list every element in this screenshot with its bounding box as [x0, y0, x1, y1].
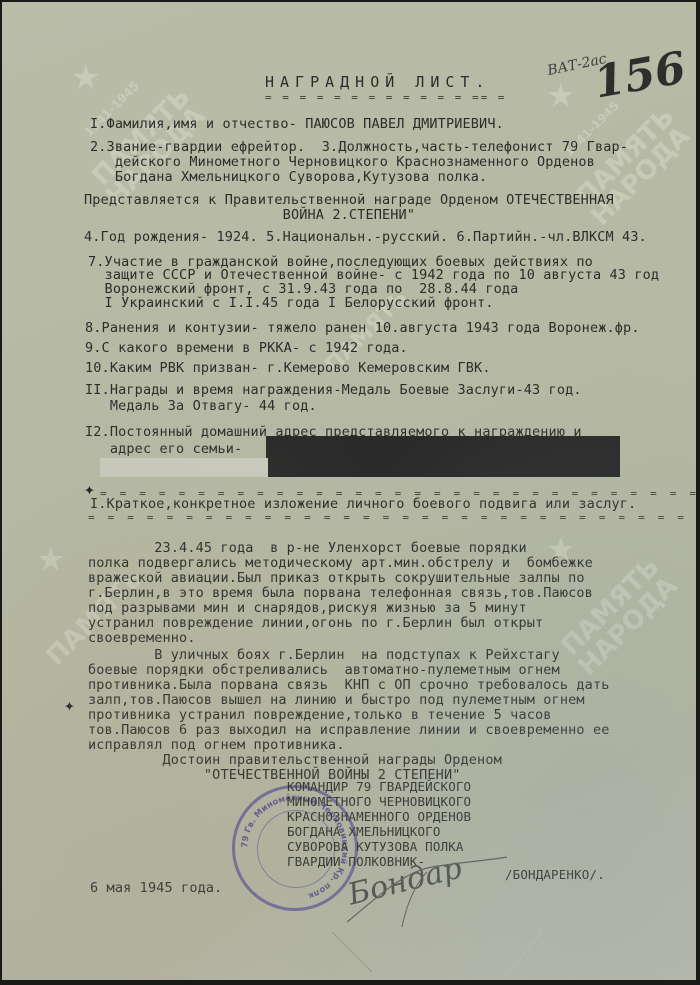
document-title: НАГРАДНОЙ ЛИСТ.: [265, 74, 490, 90]
field-full-name: I.Фамилия,имя и отчество- ПАЮСОВ ПАВЕЛ Д…: [90, 116, 504, 132]
binder-hole-mark-icon: ✦: [64, 695, 75, 716]
field-service-since: 9.С какого времени в РККА- с 1942 года.: [85, 340, 408, 356]
title-underline: = = = = = = = = = = = = == =: [265, 90, 506, 106]
document-date: 6 мая 1945 года.: [90, 880, 222, 896]
field-birth-nationality-party: 4.Год рождения- 1924. 5.Национальн.-русс…: [84, 229, 647, 245]
field-war-participation-cont: I Украинский с I.I.45 года I Белорусский…: [88, 295, 494, 311]
narrative-line: под разрывами мин и снарядов,рискуя жизн…: [88, 600, 527, 616]
field-draft-office: 10.Каким РВК призван- г.Кемерово Кемеров…: [85, 360, 491, 376]
signature-line: КРАСНОЗНАМЕННОГО ОРДЕНОВ: [287, 809, 471, 825]
field-wounds: 8.Ранения и контузии- тяжело ранен 10.ав…: [85, 320, 640, 336]
signature-flourish: [342, 842, 512, 932]
award-sheet-page: ★ 1941-1945 ПАМЯТЬ НАРОДА ★ 1941-1945 ПА…: [2, 2, 696, 980]
paper-fold-crease: [302, 932, 696, 980]
narrative-line: вражеской авиации.Был приказ открыть сок…: [88, 570, 585, 586]
field-position-cont: Богдана Хмельницкого Суворова,Кутузова п…: [90, 169, 487, 185]
signature-line: БОГДАНА ХМЕЛЬНИЦКОГО: [287, 824, 441, 840]
field-position-cont: дейского Минометного Черновицкого Красно…: [90, 154, 595, 170]
narrative-line: исправлял под огнем противника.: [88, 737, 345, 753]
signature-line: КОМАНДИР 79 ГВАРДЕЙСКОГО: [287, 779, 471, 795]
star-icon: ★: [72, 50, 100, 96]
separator-line: = = = = = = = = = = = = = = = = = = = = …: [88, 510, 696, 526]
field-previous-awards: II.Награды и время награждения-Медаль Бо…: [85, 382, 582, 398]
award-nomination: Представляется к Правительственной награ…: [84, 192, 614, 208]
redacted-address-light: [100, 458, 268, 477]
field-previous-awards-cont: Медаль За Отвагу- 44 год.: [85, 398, 317, 414]
signature-line: МИНОМЕТНОГО ЧЕРНОВИЦКОГО: [287, 794, 471, 810]
narrative-line: противника.Была порвана связь КНП с ОП с…: [88, 677, 610, 693]
narrative-line: боевые порядки обстреливались автоматно-…: [88, 662, 560, 678]
narrative-line: противника устранил повреждение,только в…: [88, 707, 552, 723]
narrative-line: полка подвергались методическому арт.мин…: [88, 555, 593, 571]
signer-name: /БОНДАРЕНКО/.: [505, 867, 605, 883]
redacted-address-block: [266, 436, 620, 477]
narrative-line: г.Берлин,в это время была порвана телефо…: [88, 585, 593, 601]
star-icon: ★: [37, 532, 65, 578]
narrative-line: 23.4.45 года в р-не Уленхорст боевые пор…: [88, 540, 527, 556]
field-family-address: адрес его семьи-: [85, 441, 242, 457]
narrative-line: устранил повреждение линии,огонь по г.Бе…: [88, 615, 543, 631]
narrative-line: В уличных боях г.Берлин на подступах к Р…: [88, 647, 560, 663]
narrative-line: своевременно.: [88, 630, 196, 646]
field-rank-position: 2.Звание-гвардии ефрейтор. 3.Должность,ч…: [90, 139, 628, 155]
narrative-line: залп,тов.Паюсов вышел на линию и быстро …: [88, 692, 585, 708]
recommendation-line: Достоин правительственной награды Ордено…: [88, 752, 502, 768]
narrative-line: тов.Паюсов 6 раз выходил на исправление …: [88, 722, 610, 738]
award-nomination-cont: ВОЙНА 2.СТЕПЕНИ": [84, 207, 415, 223]
